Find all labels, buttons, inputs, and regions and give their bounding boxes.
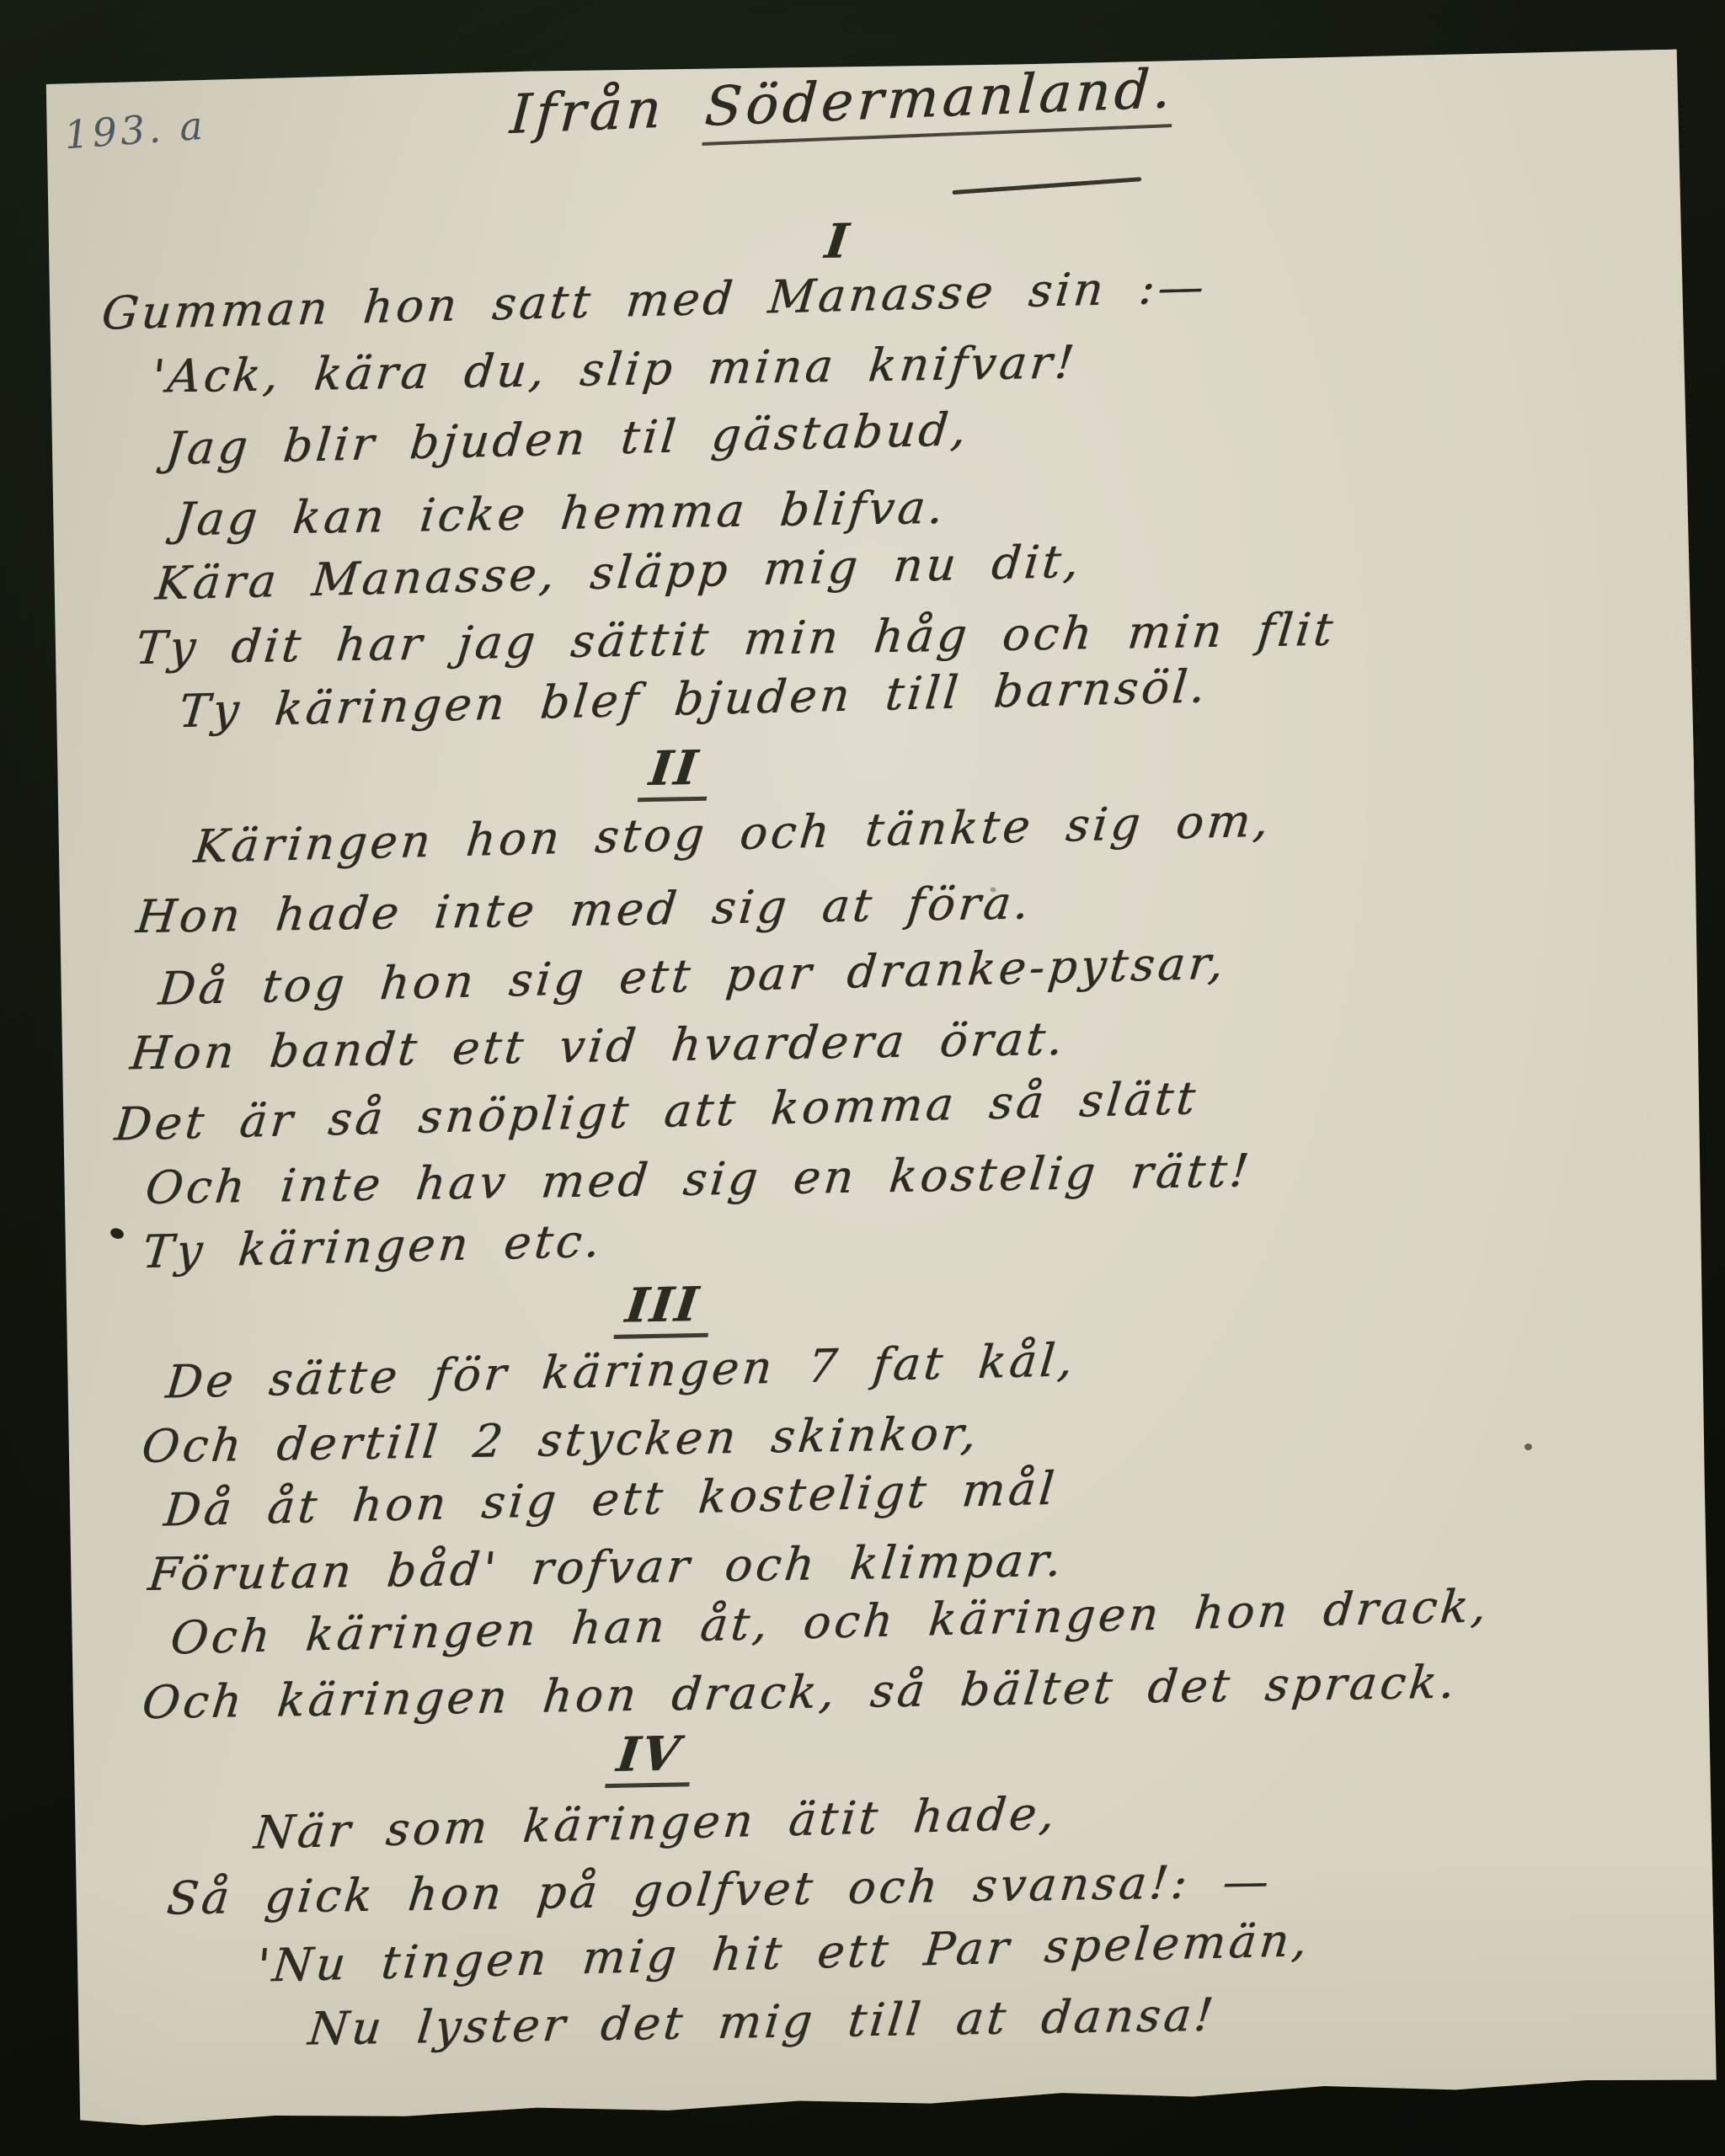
folio-number: 193. a — [63, 103, 208, 158]
stanza-2: Käringen hon stog och tänkte sig om, Hon… — [101, 788, 1690, 1285]
stanza-4: När som käringen ätit hade, Så gick hon … — [119, 1774, 1703, 2064]
page-title-main: Södermanland. — [702, 58, 1177, 146]
manuscript-page: 193. a Ifrån Södermanland. I Gumman hon … — [40, 49, 1718, 2130]
page-title-prefix: Ifrån — [508, 78, 667, 147]
manuscript-photo: 193. a Ifrån Södermanland. I Gumman hon … — [0, 0, 1725, 2156]
stanza-1: Gumman hon satt med Manasse sin :— 'Ack,… — [91, 253, 1680, 745]
stanza-numeral-4: IV — [605, 1726, 696, 1788]
stanza-numeral-2: II — [638, 741, 714, 803]
page-title: Ifrån Södermanland. — [508, 58, 1177, 147]
stanza-3: De sätte för käringen 7 fat kål, Och der… — [111, 1322, 1698, 1735]
poem-content: I Gumman hon satt med Manasse sin :— 'Ac… — [90, 200, 1704, 2065]
stanza-numeral-1: I — [822, 214, 853, 269]
title-flourish-dash — [952, 177, 1141, 195]
stanza-numeral-3: III — [613, 1278, 714, 1339]
